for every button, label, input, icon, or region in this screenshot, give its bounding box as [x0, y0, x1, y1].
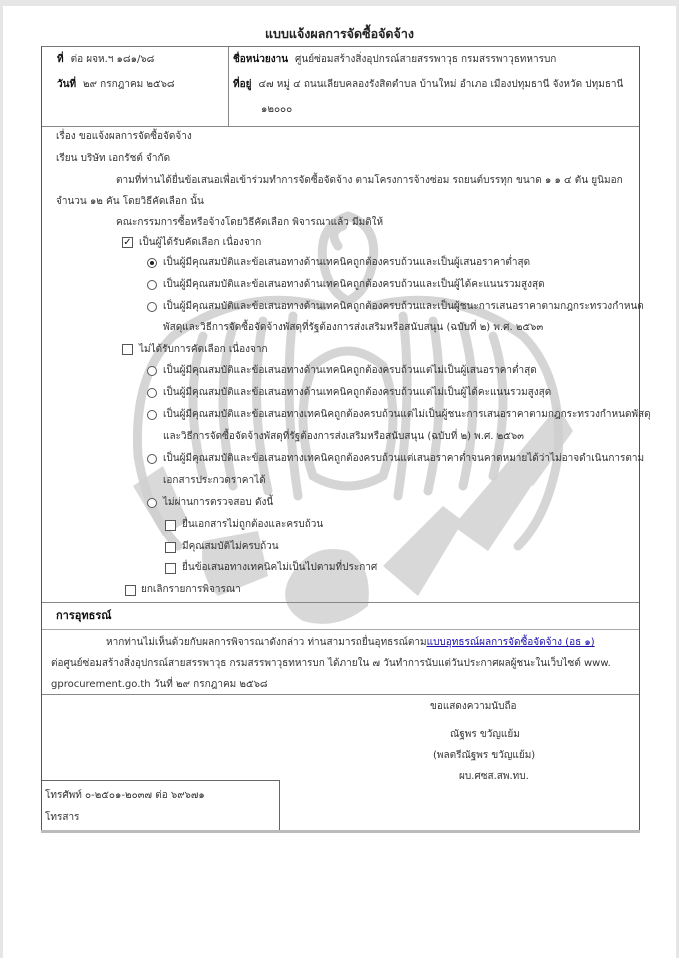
- contact-top-rule: [42, 780, 279, 781]
- ref-value: ต่อ ผจห.ฯ ๑๘๑/๖๘: [71, 54, 155, 65]
- selected-reason-3-radio[interactable]: [147, 302, 157, 312]
- not-selected-reason-5-radio[interactable]: [147, 498, 157, 508]
- ref-label: ที่: [57, 54, 64, 65]
- not-selected-reason-2-text: เป็นผู้มีคุณสมบัติและข้อเสนอทางด้านเทคนิ…: [163, 386, 551, 400]
- selected-reason-1-text: เป็นผู้มีคุณสมบัติและข้อเสนอทางด้านเทคนิ…: [163, 256, 530, 270]
- not-selected-reason-3-radio[interactable]: [147, 410, 157, 420]
- failed-check-3-checkbox[interactable]: [165, 563, 176, 574]
- document-page: แบบแจ้งผลการจัดซื้อจัดจ้าง ที่ต่อ: [3, 6, 676, 958]
- cancel-checkbox[interactable]: [125, 585, 136, 596]
- appeal-line-1-prefix: หากท่านไม่เห็นด้วยกับผลการพิจารณาดังกล่า…: [106, 637, 427, 648]
- body-line-2: จำนวน ๑๒ คัน โดยวิธีคัดเลือก นั้น: [56, 195, 204, 209]
- address-line1: ๔๗ หมู่ ๔ ถนนเลียบคลองรังสิตตำบล บ้านใหม…: [258, 79, 623, 90]
- selected-reason-3-text-cont: พัสดุและวิธีการจัดซื้อจัดจ้างพัสดุที่รัฐ…: [163, 321, 543, 335]
- not-selected-reason-3-text: เป็นผู้มีคุณสมบัติและข้อเสนอทางเทคนิคถูก…: [163, 408, 651, 422]
- form-bottom-rule: [41, 830, 640, 833]
- signature-position: ผบ.ศซส.สพ.ทบ.: [459, 770, 529, 784]
- not-selected-reason-4-radio[interactable]: [147, 454, 157, 464]
- header-bottom-rule: [42, 126, 639, 127]
- not-selected-reason-3-text-cont: และวิธีการจัดซื้อจัดจ้างพัสดุที่รัฐต้องก…: [163, 430, 524, 444]
- selected-reason-3-text: เป็นผู้มีคุณสมบัติและข้อเสนอทางด้านเทคนิ…: [163, 300, 644, 314]
- agency-value: ศูนย์ซ่อมสร้างสิ่งอุปกรณ์สายสรรพาวุธ กรม…: [295, 54, 556, 65]
- not-selected-reason-1-text: เป็นผู้มีคุณสมบัติและข้อเสนอทางด้านเทคนิ…: [163, 364, 537, 378]
- document-date: วันที่๒๙ กรกฎาคม ๒๕๖๘: [57, 78, 175, 92]
- appeal-line-1: หากท่านไม่เห็นด้วยกับผลการพิจารณาดังกล่า…: [106, 636, 595, 650]
- form-frame: ที่ต่อ ผจห.ฯ ๑๘๑/๖๘ วันที่๒๙ กรกฎาคม ๒๕๖…: [41, 46, 640, 832]
- failed-check-1-checkbox[interactable]: [165, 520, 176, 531]
- appeal-heading: การอุทธรณ์: [56, 609, 111, 623]
- agency-name: ชื่อหน่วยงานศูนย์ซ่อมสร้างสิ่งอุปกรณ์สาย…: [233, 53, 556, 67]
- appeal-heading-rule: [42, 629, 639, 630]
- recipient-line: เรียน บริษัท เอกรัชต์ จำกัด: [56, 152, 170, 166]
- appeal-top-rule: [42, 602, 639, 603]
- failed-check-2-checkbox[interactable]: [165, 542, 176, 553]
- failed-check-3-label: ยื่นข้อเสนอทางเทคนิคไม่เป็นไปตามที่ประกา…: [182, 561, 377, 575]
- ref-number: ที่ต่อ ผจห.ฯ ๑๘๑/๖๘: [57, 53, 154, 67]
- not-selected-reason-1-radio[interactable]: [147, 366, 157, 376]
- not-selected-checkbox[interactable]: [122, 344, 133, 355]
- signature-closing: ขอแสดงความนับถือ: [430, 700, 517, 714]
- contact-phone: โทรศัพท์ ๐-๒๕๐๑-๒๐๓๗ ต่อ ๖๙๖๗๑: [45, 789, 205, 803]
- committee-line: คณะกรรมการซื้อหรือจ้างโดยวิธีคัดเลือก พิ…: [116, 216, 383, 230]
- appeal-line-3: gprocurement.go.th วันที่ ๒๙ กรกฎาคม ๒๕๖…: [51, 678, 268, 692]
- address-label: ที่อยู่: [233, 79, 251, 90]
- document-title: แบบแจ้งผลการจัดซื้อจัดจ้าง: [3, 24, 676, 44]
- subject-line: เรื่อง ขอแจ้งผลการจัดซื้อจัดจ้าง: [56, 130, 192, 144]
- contact-fax: โทรสาร: [45, 811, 79, 825]
- not-selected-reason-4-text-cont: เอกสารประกวดราคาได้: [163, 474, 266, 488]
- not-selected-reason-5-text: ไม่ผ่านการตรวจสอบ ดังนี้: [163, 496, 273, 510]
- header-divider: [228, 47, 229, 126]
- address-line2: ๑๒๐๐๐: [261, 103, 292, 117]
- date-value: ๒๙ กรกฎาคม ๒๕๖๘: [83, 79, 175, 90]
- agency-address: ที่อยู่๔๗ หมู่ ๔ ถนนเลียบคลองรังสิตตำบล …: [233, 78, 623, 92]
- not-selected-reason-4-text: เป็นผู้มีคุณสมบัติและข้อเสนอทางเทคนิคถูก…: [163, 452, 644, 466]
- selected-reason-1-radio[interactable]: [147, 258, 157, 268]
- contact-divider: [279, 780, 280, 832]
- date-label: วันที่: [57, 79, 76, 90]
- cancel-label: ยกเลิกรายการพิจารณา: [141, 583, 241, 597]
- appeal-form-link[interactable]: แบบอุทธรณ์ผลการจัดซื้อจัดจ้าง (อธ ๑): [427, 637, 595, 648]
- selected-reason-2-text: เป็นผู้มีคุณสมบัติและข้อเสนอทางด้านเทคนิ…: [163, 278, 545, 292]
- selected-label: เป็นผู้ได้รับคัดเลือก เนื่องจาก: [139, 236, 261, 250]
- not-selected-label: ไม่ได้รับการคัดเลือก เนื่องจาก: [139, 343, 268, 357]
- not-selected-reason-2-radio[interactable]: [147, 388, 157, 398]
- signature-name: ณัฐพร ขวัญแย้ม: [450, 728, 520, 742]
- appeal-line-2: ต่อศูนย์ซ่อมสร้างสิ่งอุปกรณ์สายสรรพาวุธ …: [51, 657, 611, 671]
- signature-top-rule: [42, 694, 639, 695]
- selected-checkbox[interactable]: ✓: [122, 237, 133, 248]
- agency-label: ชื่อหน่วยงาน: [233, 54, 288, 65]
- failed-check-1-label: ยื่นเอกสารไม่ถูกต้องและครบถ้วน: [182, 518, 323, 532]
- body-line-1: ตามที่ท่านได้ยื่นข้อเสนอเพื่อเข้าร่วมทำก…: [116, 174, 623, 188]
- selected-reason-2-radio[interactable]: [147, 280, 157, 290]
- signature-full-name: (พลตรีณัฐพร ขวัญแย้ม): [433, 749, 535, 763]
- failed-check-2-label: มีคุณสมบัติไม่ครบถ้วน: [182, 540, 279, 554]
